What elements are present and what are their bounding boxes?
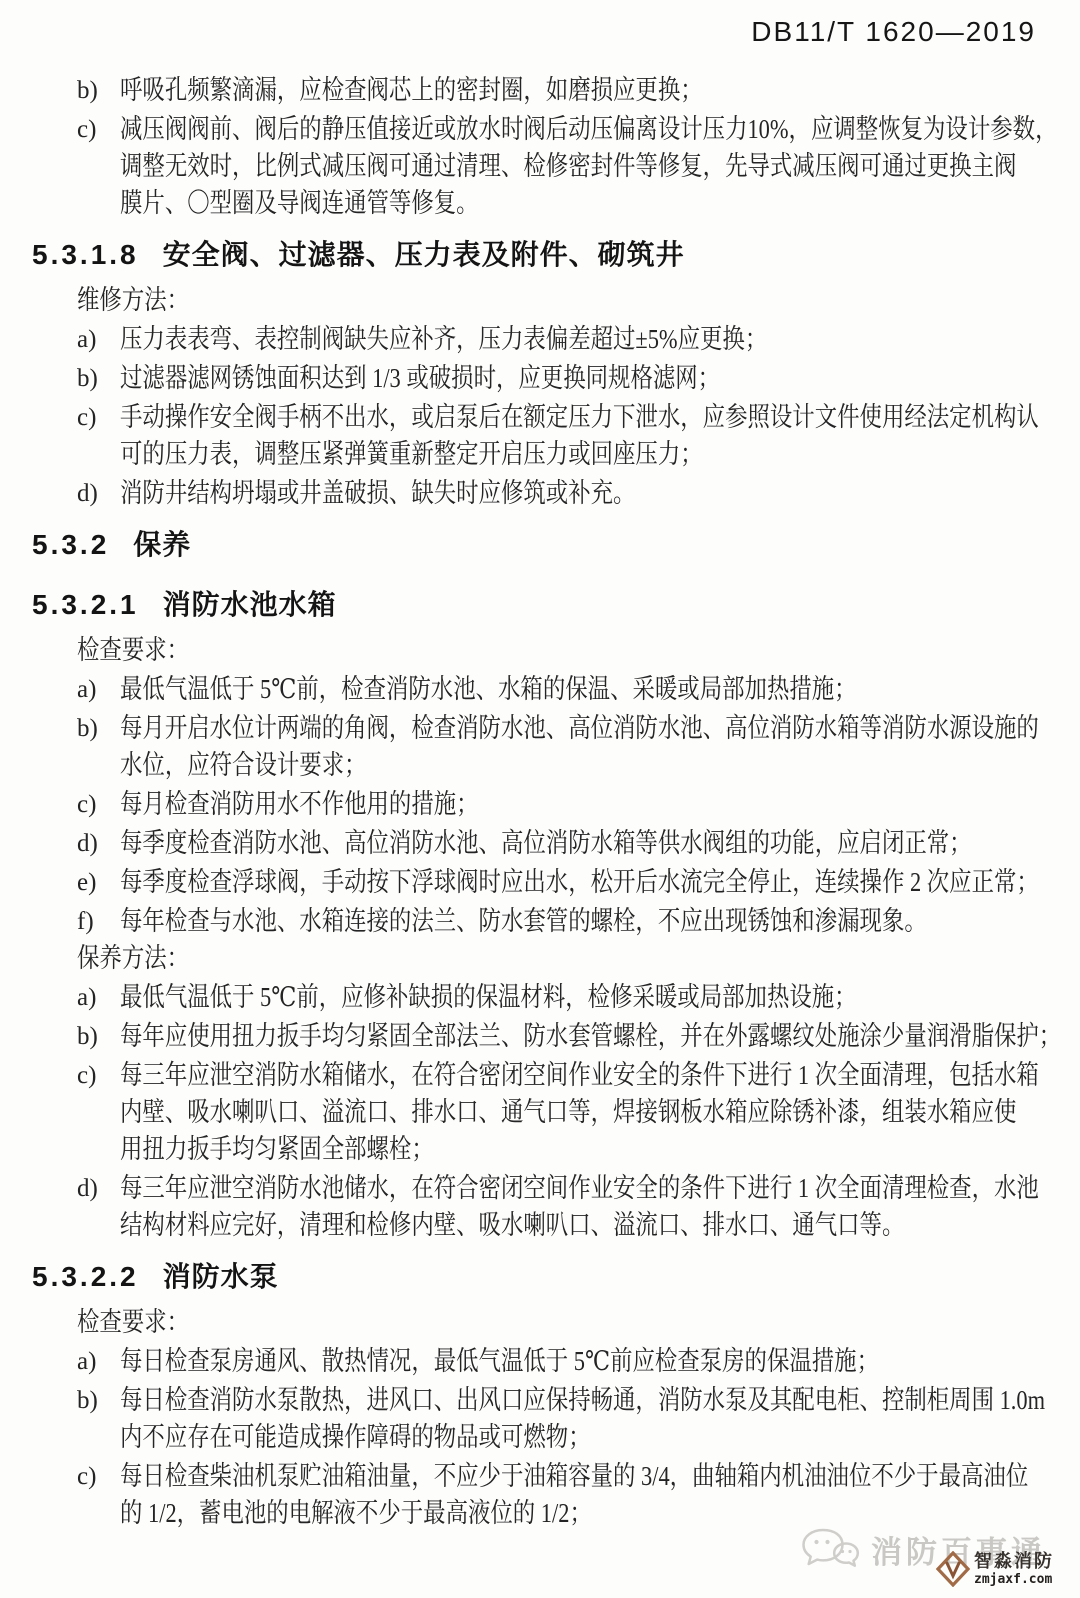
item-letter: b) bbox=[77, 72, 120, 109]
item-line: 每月检查消防用水不作他用的措施； bbox=[120, 786, 917, 823]
list-item: d)消防井结构坍塌或井盖破损、缺失时应修筑或补充。 bbox=[0, 475, 1080, 512]
item-line: 每季度检查浮球阀，手动按下浮球阀时应出水，松开后水流完全停止，连续操作 2 次应… bbox=[120, 864, 917, 901]
item-line: 每三年应泄空消防水池储水，在符合密闭空间作业安全的条件下进行 1 次全面清理检查… bbox=[120, 1170, 917, 1207]
list-item: a)每日检查泵房通风、散热情况，最低气温低于 5℃前应检查泵房的保温措施； bbox=[0, 1343, 1080, 1380]
item-letter: f) bbox=[77, 903, 120, 940]
item-line: 每日检查泵房通风、散热情况，最低气温低于 5℃前应检查泵房的保温措施； bbox=[120, 1343, 917, 1380]
paragraph-label: 检查要求： bbox=[0, 1304, 1080, 1341]
item-line: 每年检查与水池、水箱连接的法兰、防水套管的螺栓，不应出现锈蚀和渗漏现象。 bbox=[120, 903, 917, 940]
item-letter: b) bbox=[77, 1018, 120, 1055]
list-item: b)每年应使用扭力扳手均匀紧固全部法兰、防水套管螺栓，并在外露螺纹处施涂少量润滑… bbox=[0, 1018, 1080, 1055]
item-letter: a) bbox=[77, 671, 120, 708]
item-line: 每日检查消防水泵散热，进风口、出风口应保持畅通，消防水泵及其配电柜、控制柜周围 … bbox=[120, 1382, 917, 1419]
item-letter: c) bbox=[77, 1458, 120, 1532]
item-line: 最低气温低于 5℃前，应修补缺损的保温材料，检修采暖或局部加热设施； bbox=[120, 979, 917, 1016]
item-lines: 过滤器滤网锈蚀面积达到 1/3 或破损时，应更换同规格滤网； bbox=[120, 360, 1080, 397]
item-letter: d) bbox=[77, 825, 120, 862]
section-heading: 5.3.2.2消防水泵 bbox=[0, 1256, 1080, 1298]
item-line: 呼吸孔频繁滴漏，应检查阀芯上的密封圈，如磨损应更换； bbox=[120, 72, 917, 109]
list-item: b)呼吸孔频繁滴漏，应检查阀芯上的密封圈，如磨损应更换； bbox=[0, 72, 1080, 109]
list-item: a)最低气温低于 5℃前，检查消防水池、水箱的保温、采暖或局部加热措施； bbox=[0, 671, 1080, 708]
list-item: b)过滤器滤网锈蚀面积达到 1/3 或破损时，应更换同规格滤网； bbox=[0, 360, 1080, 397]
item-lines: 每日检查柴油机泵贮油箱油量，不应少于油箱容量的 3/4，曲轴箱内机油油位不少于最… bbox=[120, 1458, 1080, 1532]
document-page: DB11/T 1620—2019 b)呼吸孔频繁滴漏，应检查阀芯上的密封圈，如磨… bbox=[0, 0, 1080, 1598]
item-letter: d) bbox=[77, 475, 120, 512]
item-line: 结构材料应完好，清理和检修内壁、吸水喇叭口、溢流口、排水口、通气口等。 bbox=[120, 1207, 917, 1244]
section-number: 5.3.1.8 bbox=[32, 239, 139, 270]
item-lines: 每季度检查消防水池、高位消防水池、高位消防水箱等供水阀组的功能，应启闭正常； bbox=[120, 825, 1080, 862]
item-lines: 消防井结构坍塌或井盖破损、缺失时应修筑或补充。 bbox=[120, 475, 1080, 512]
list-item: a)压力表表弯、表控制阀缺失应补齐，压力表偏差超过±5%应更换； bbox=[0, 321, 1080, 358]
list-item: c)每日检查柴油机泵贮油箱油量，不应少于油箱容量的 3/4，曲轴箱内机油油位不少… bbox=[0, 1458, 1080, 1532]
item-lines: 每季度检查浮球阀，手动按下浮球阀时应出水，松开后水流完全停止，连续操作 2 次应… bbox=[120, 864, 1080, 901]
list-item: f)每年检查与水池、水箱连接的法兰、防水套管的螺栓，不应出现锈蚀和渗漏现象。 bbox=[0, 903, 1080, 940]
diamond-icon bbox=[936, 1551, 970, 1587]
item-lines: 每年应使用扭力扳手均匀紧固全部法兰、防水套管螺栓，并在外露螺纹处施涂少量润滑脂保… bbox=[120, 1018, 1080, 1055]
item-line: 手动操作安全阀手柄不出水，或启泵后在额定压力下泄水，应参照设计文件使用经法定机构… bbox=[120, 399, 917, 436]
section-title: 安全阀、过滤器、压力表及附件、砌筑井 bbox=[163, 239, 685, 270]
section-heading: 5.3.2.1消防水池水箱 bbox=[0, 584, 1080, 626]
item-line: 压力表表弯、表控制阀缺失应补齐，压力表偏差超过±5%应更换； bbox=[120, 321, 917, 358]
section-title: 消防水池水箱 bbox=[163, 589, 337, 620]
item-lines: 每三年应泄空消防水池储水，在符合密闭空间作业安全的条件下进行 1 次全面清理检查… bbox=[120, 1170, 1080, 1244]
item-letter: c) bbox=[77, 786, 120, 823]
item-lines: 最低气温低于 5℃前，检查消防水池、水箱的保温、采暖或局部加热措施； bbox=[120, 671, 1080, 708]
item-lines: 手动操作安全阀手柄不出水，或启泵后在额定压力下泄水，应参照设计文件使用经法定机构… bbox=[120, 399, 1080, 473]
list-item: c)减压阀阀前、阀后的静压值接近或放水时阀后动压偏离设计压力10%，应调整恢复为… bbox=[0, 111, 1080, 222]
company-logo-text: 智淼消防 zmjaxf.com bbox=[974, 1551, 1054, 1587]
paragraph-text: 检查要求： bbox=[77, 632, 909, 669]
item-lines: 每月开启水位计两端的角阀，检查消防水池、高位消防水池、高位消防水箱等消防水源设施… bbox=[120, 710, 1080, 784]
list-item: b)每月开启水位计两端的角阀，检查消防水池、高位消防水池、高位消防水箱等消防水源… bbox=[0, 710, 1080, 784]
item-lines: 每日检查泵房通风、散热情况，最低气温低于 5℃前应检查泵房的保温措施； bbox=[120, 1343, 1080, 1380]
list-item: d)每三年应泄空消防水池储水，在符合密闭空间作业安全的条件下进行 1 次全面清理… bbox=[0, 1170, 1080, 1244]
list-item: c)手动操作安全阀手柄不出水，或启泵后在额定压力下泄水，应参照设计文件使用经法定… bbox=[0, 399, 1080, 473]
item-letter: b) bbox=[77, 710, 120, 784]
item-letter: a) bbox=[77, 321, 120, 358]
chat-bubbles-icon bbox=[799, 1526, 863, 1572]
item-line: 每季度检查消防水池、高位消防水池、高位消防水箱等供水阀组的功能，应启闭正常； bbox=[120, 825, 917, 862]
section-number: 5.3.2 bbox=[32, 529, 109, 560]
item-letter: c) bbox=[77, 111, 120, 222]
company-name: 智淼消防 bbox=[974, 1551, 1054, 1571]
item-lines: 呼吸孔频繁滴漏，应检查阀芯上的密封圈，如磨损应更换； bbox=[120, 72, 1080, 109]
item-line: 用扭力扳手均匀紧固全部螺栓； bbox=[120, 1131, 917, 1168]
item-line: 每三年应泄空消防水箱储水，在符合密闭空间作业安全的条件下进行 1 次全面清理，包… bbox=[120, 1057, 917, 1094]
item-lines: 每年检查与水池、水箱连接的法兰、防水套管的螺栓，不应出现锈蚀和渗漏现象。 bbox=[120, 903, 1080, 940]
item-letter: c) bbox=[77, 1057, 120, 1168]
section-number: 5.3.2.2 bbox=[32, 1261, 139, 1292]
item-line: 内壁、吸水喇叭口、溢流口、排水口、通气口等，焊接钢板水箱应除锈补漆，组装水箱应使 bbox=[120, 1094, 917, 1131]
paragraph-label: 维修方法： bbox=[0, 282, 1080, 319]
item-line: 消防井结构坍塌或井盖破损、缺失时应修筑或补充。 bbox=[120, 475, 917, 512]
list-item: e)每季度检查浮球阀，手动按下浮球阀时应出水，松开后水流完全停止，连续操作 2 … bbox=[0, 864, 1080, 901]
list-item: d)每季度检查消防水池、高位消防水池、高位消防水箱等供水阀组的功能，应启闭正常； bbox=[0, 825, 1080, 862]
item-lines: 减压阀阀前、阀后的静压值接近或放水时阀后动压偏离设计压力10%，应调整恢复为设计… bbox=[120, 111, 1080, 222]
item-lines: 每日检查消防水泵散热，进风口、出风口应保持畅通，消防水泵及其配电柜、控制柜周围 … bbox=[120, 1382, 1080, 1456]
item-line: 水位，应符合设计要求； bbox=[120, 747, 917, 784]
list-item: a)最低气温低于 5℃前，应修补缺损的保温材料，检修采暖或局部加热设施； bbox=[0, 979, 1080, 1016]
section-title: 消防水泵 bbox=[163, 1261, 279, 1292]
item-line: 减压阀阀前、阀后的静压值接近或放水时阀后动压偏离设计压力10%，应调整恢复为设计… bbox=[120, 111, 917, 148]
item-lines: 每三年应泄空消防水箱储水，在符合密闭空间作业安全的条件下进行 1 次全面清理，包… bbox=[120, 1057, 1080, 1168]
item-letter: d) bbox=[77, 1170, 120, 1244]
item-line: 每月开启水位计两端的角阀，检查消防水池、高位消防水池、高位消防水箱等消防水源设施… bbox=[120, 710, 917, 747]
item-line: 每日检查柴油机泵贮油箱油量，不应少于油箱容量的 3/4，曲轴箱内机油油位不少于最… bbox=[120, 1458, 917, 1495]
list-item: b)每日检查消防水泵散热，进风口、出风口应保持畅通，消防水泵及其配电柜、控制柜周… bbox=[0, 1382, 1080, 1456]
company-logo: 智淼消防 zmjaxf.com bbox=[936, 1551, 1054, 1587]
section-number: 5.3.2.1 bbox=[32, 589, 139, 620]
section-heading: 5.3.2保养 bbox=[0, 524, 1080, 566]
item-letter: a) bbox=[77, 1343, 120, 1380]
item-letter: e) bbox=[77, 864, 120, 901]
item-lines: 每月检查消防用水不作他用的措施； bbox=[120, 786, 1080, 823]
section-heading: 5.3.1.8安全阀、过滤器、压力表及附件、砌筑井 bbox=[0, 234, 1080, 276]
item-line: 最低气温低于 5℃前，检查消防水池、水箱的保温、采暖或局部加热措施； bbox=[120, 671, 917, 708]
paragraph-text: 保养方法： bbox=[77, 940, 909, 977]
list-item: c)每月检查消防用水不作他用的措施； bbox=[0, 786, 1080, 823]
section-title: 保养 bbox=[133, 529, 191, 560]
paragraph-label: 检查要求： bbox=[0, 632, 1080, 669]
item-letter: b) bbox=[77, 1382, 120, 1456]
item-letter: a) bbox=[77, 979, 120, 1016]
item-line: 过滤器滤网锈蚀面积达到 1/3 或破损时，应更换同规格滤网； bbox=[120, 360, 917, 397]
item-lines: 最低气温低于 5℃前，应修补缺损的保温材料，检修采暖或局部加热设施； bbox=[120, 979, 1080, 1016]
item-lines: 压力表表弯、表控制阀缺失应补齐，压力表偏差超过±5%应更换； bbox=[120, 321, 1080, 358]
page-header: DB11/T 1620—2019 bbox=[751, 16, 1036, 48]
list-item: c)每三年应泄空消防水箱储水，在符合密闭空间作业安全的条件下进行 1 次全面清理… bbox=[0, 1057, 1080, 1168]
item-letter: c) bbox=[77, 399, 120, 473]
paragraph-text: 维修方法： bbox=[77, 282, 909, 319]
paragraph-text: 检查要求： bbox=[77, 1304, 909, 1341]
item-line: 可的压力表，调整压紧弹簧重新整定开启压力或回座压力； bbox=[120, 436, 917, 473]
paragraph-label: 保养方法： bbox=[0, 940, 1080, 977]
document-body: b)呼吸孔频繁滴漏，应检查阀芯上的密封圈，如磨损应更换；c)减压阀阀前、阀后的静… bbox=[0, 70, 1080, 1532]
standard-number: DB11/T 1620—2019 bbox=[751, 16, 1036, 47]
item-line: 的 1/2，蓄电池的电解液不少于最高液位的 1/2； bbox=[120, 1495, 917, 1532]
item-line: 膜片、〇型圈及导阀连通管等修复。 bbox=[120, 185, 917, 222]
item-line: 调整无效时，比例式减压阀可通过清理、检修密封件等修复，先导式减压阀可通过更换主阀 bbox=[120, 148, 917, 185]
item-line: 每年应使用扭力扳手均匀紧固全部法兰、防水套管螺栓，并在外露螺纹处施涂少量润滑脂保… bbox=[120, 1018, 917, 1055]
item-letter: b) bbox=[77, 360, 120, 397]
item-line: 内不应存在可能造成操作障碍的物品或可燃物； bbox=[120, 1419, 917, 1456]
company-website: zmjaxf.com bbox=[974, 1572, 1054, 1587]
